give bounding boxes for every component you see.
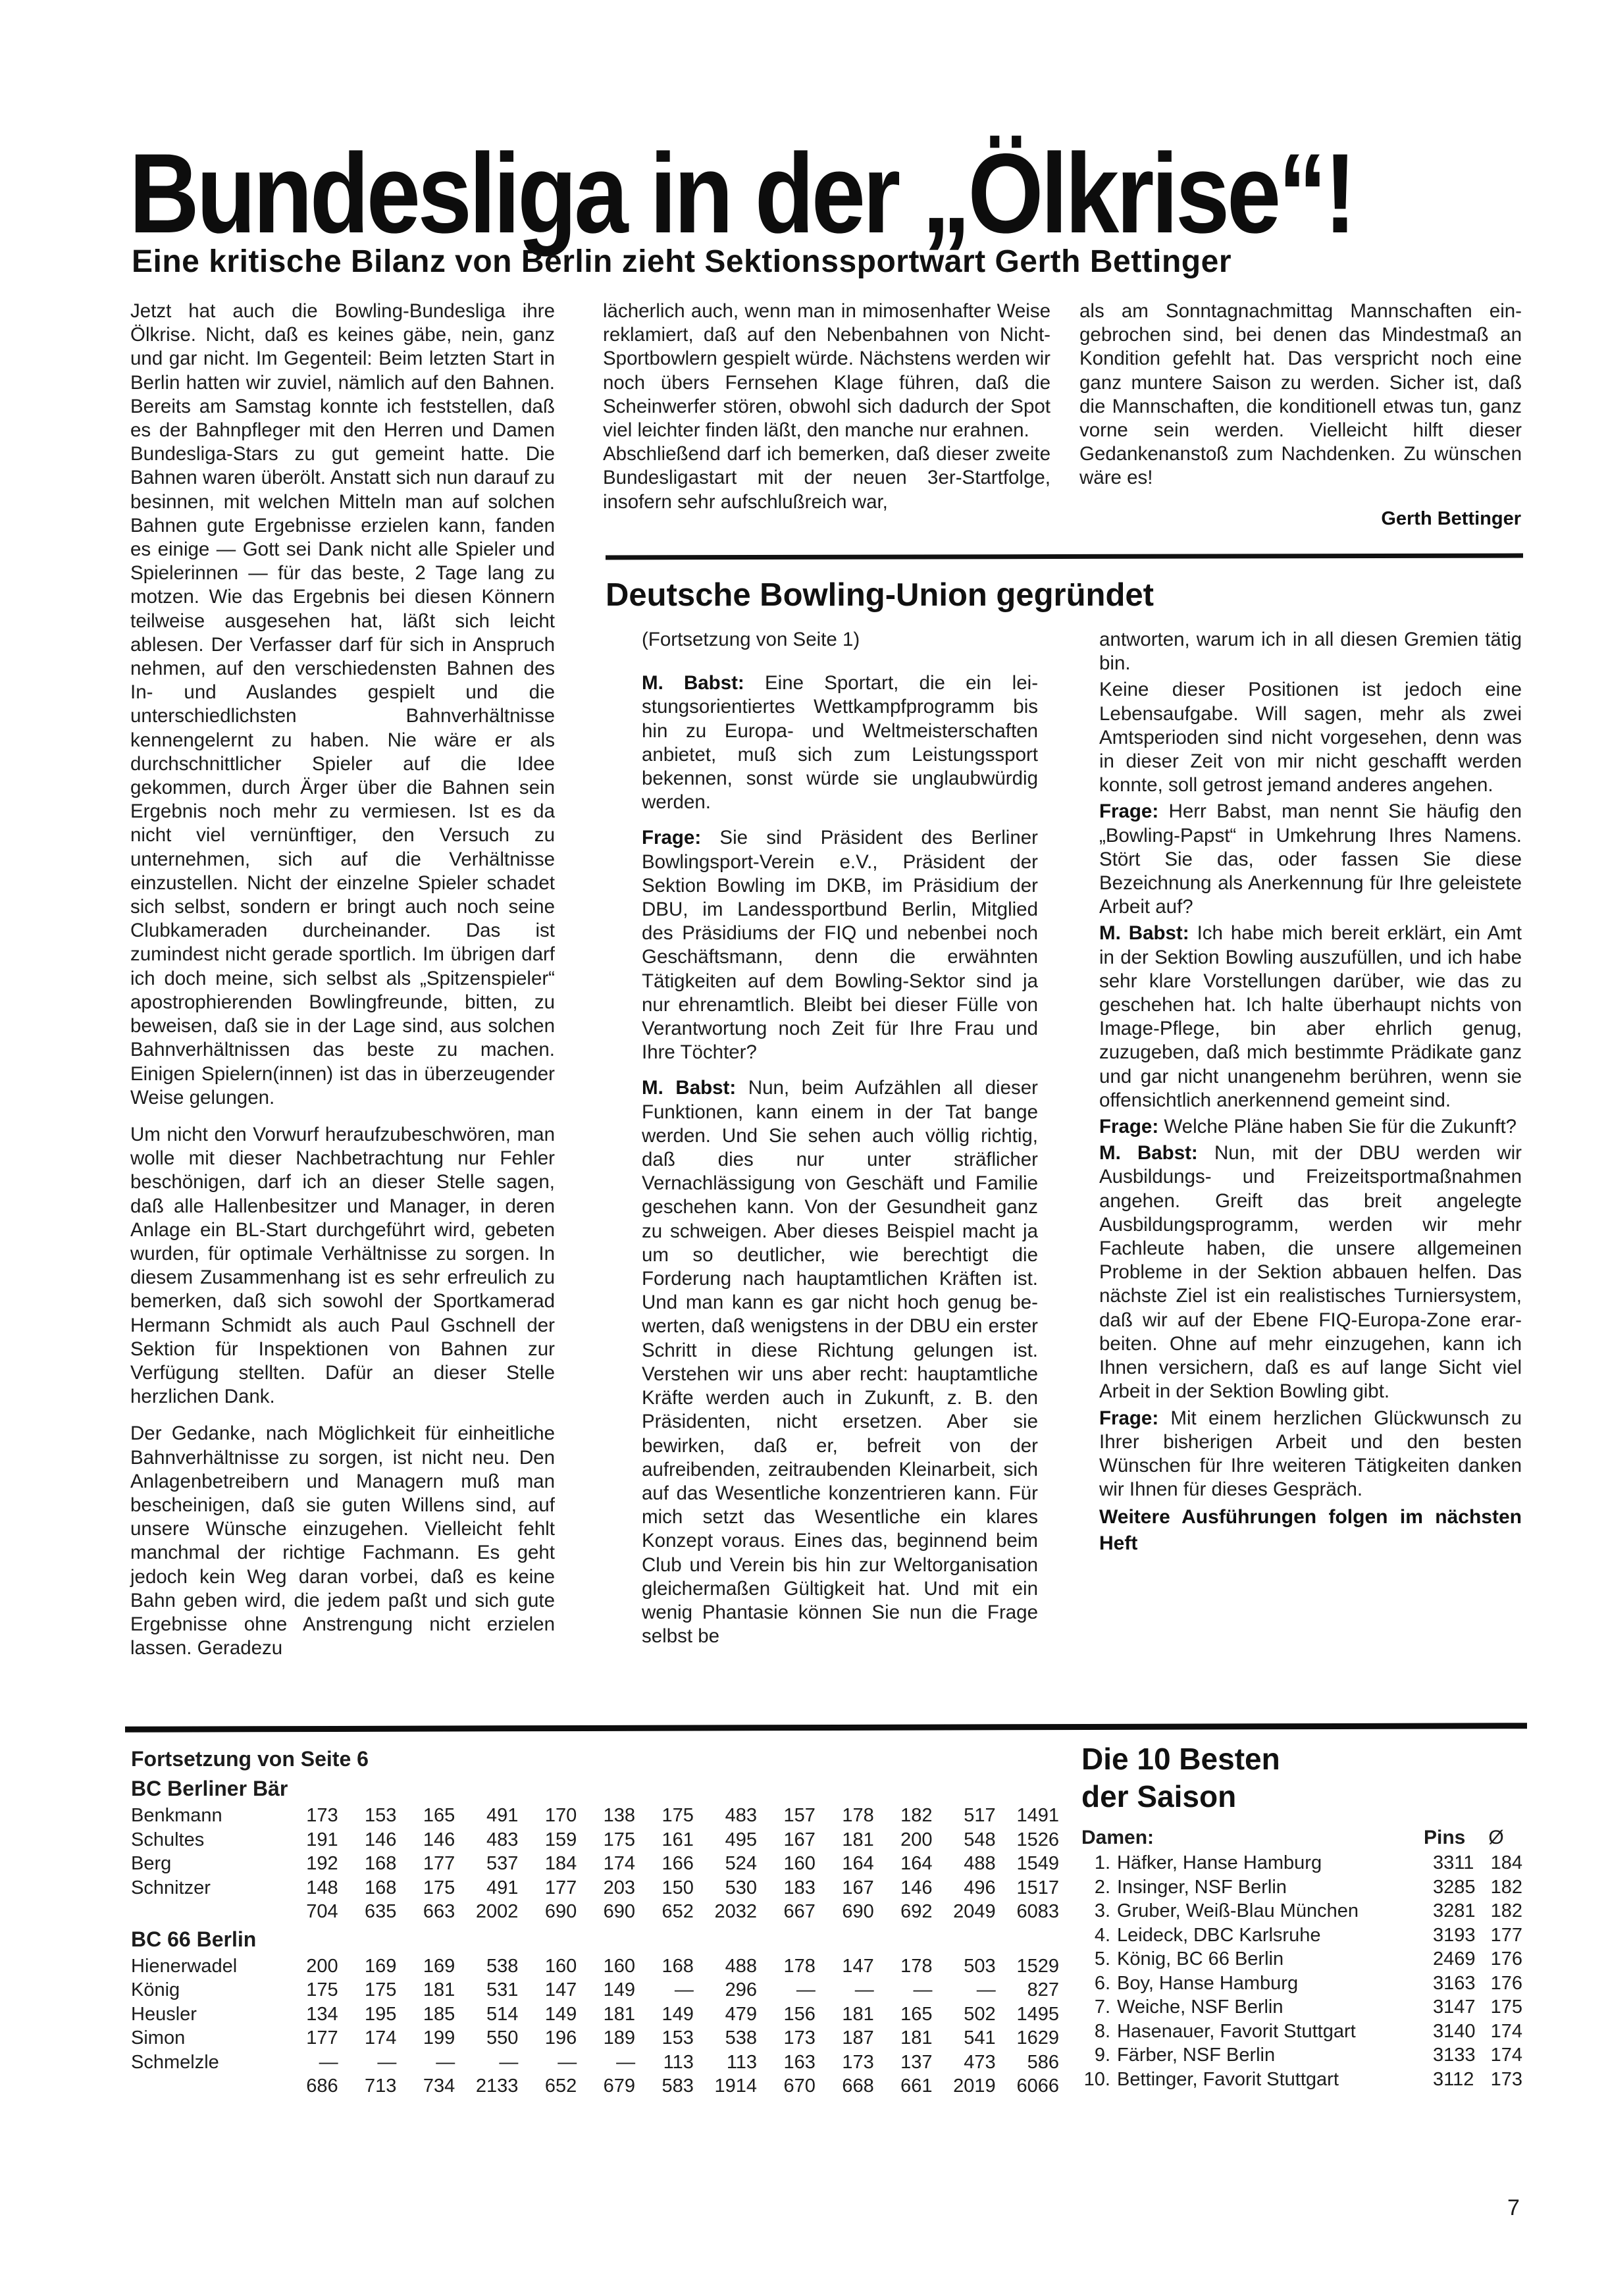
score-cell: 1629 <box>996 2026 1059 2050</box>
score-cell: 174 <box>338 2026 397 2050</box>
speaker-label: M. Babst: <box>642 1077 736 1099</box>
score-cell: 175 <box>396 1876 455 1900</box>
top-ten-entry: 4.Leideck, DBC Karlsruhe3193177 <box>1081 1923 1522 1948</box>
score-cell: — <box>816 1978 874 2002</box>
score-cell: 196 <box>518 2026 577 2050</box>
article-column-1: Jetzt hat auch die Bowling-Bundesliga ih… <box>130 300 555 1660</box>
score-cell: 488 <box>933 1852 996 1876</box>
score-cell: 713 <box>338 2074 397 2099</box>
score-cell: — <box>635 1978 694 2002</box>
score-cell: 173 <box>816 2050 874 2075</box>
team-score-table: Hienerwadel20016916953816016016848817814… <box>131 1954 1059 2099</box>
interview-column-1: (Fortsetzung von Seite 1) M. Babst: Eine… <box>642 628 1038 1660</box>
score-cell: 173 <box>757 2026 816 2050</box>
team-score-table: Benkmann17315316549117013817548315717818… <box>131 1804 1059 1924</box>
score-cell: 153 <box>635 2026 694 2050</box>
interview-question: Frage: Herr Babst, man nennt Sie häu­fig… <box>1099 800 1522 919</box>
score-cell: 668 <box>816 2074 874 2099</box>
score-cell: 161 <box>635 1828 694 1852</box>
score-cell: — <box>933 1978 996 2002</box>
score-cell: — <box>338 2050 397 2075</box>
interview-answer: M. Babst: Ich habe mich bereit erklärt, … <box>1099 922 1522 1112</box>
interview-column-2: antworten, warum ich in all diesen Gremi… <box>1099 628 1522 1559</box>
score-cell: 164 <box>816 1852 874 1876</box>
score-cell: 483 <box>455 1828 518 1852</box>
score-cell: 652 <box>518 2074 577 2099</box>
interview-answer: M. Babst: Nun, beim Aufzählen all die­se… <box>642 1076 1038 1648</box>
rank-number: 10. <box>1081 2068 1117 2092</box>
pins-value: 3112 <box>1433 2068 1486 2092</box>
score-cell: 183 <box>757 1876 816 1900</box>
player-name <box>131 2074 280 2099</box>
player-row: Berg192168177537184174166524160164164488… <box>131 1852 1059 1876</box>
score-cell: 157 <box>757 1804 816 1828</box>
score-cell: 690 <box>816 1900 874 1924</box>
score-cell: 165 <box>874 2002 933 2027</box>
score-cell: 146 <box>396 1828 455 1852</box>
top-ten-entry: 5.König, BC 66 Berlin2469176 <box>1081 1947 1522 1971</box>
score-cell: 159 <box>518 1828 577 1852</box>
score-cell: 541 <box>933 2026 996 2050</box>
score-cell: 181 <box>577 2002 635 2027</box>
score-cell: 182 <box>874 1804 933 1828</box>
score-cell: 537 <box>455 1852 518 1876</box>
player-row: Schmelzle——————113113163173137473586 <box>131 2050 1059 2075</box>
score-cell: 160 <box>757 1852 816 1876</box>
team-name: BC 66 Berlin <box>131 1924 1059 1954</box>
score-cell: 517 <box>933 1804 996 1828</box>
interview-closing-note: Weitere Ausführungen folgen im nächsten … <box>1099 1504 1522 1557</box>
score-cell: 200 <box>874 1828 933 1852</box>
score-cell: 184 <box>518 1852 577 1876</box>
top-ten-entry: 3.Gruber, Weiß-Blau München3281182 <box>1081 1899 1522 1923</box>
player-name: König <box>131 1978 280 2002</box>
score-cell: 6083 <box>996 1900 1059 1924</box>
score-cell: 181 <box>396 1978 455 2002</box>
score-cell: — <box>757 1978 816 2002</box>
player-club: König, BC 66 Berlin <box>1117 1947 1433 1971</box>
score-cell: 473 <box>933 2050 996 2075</box>
player-club: Bettinger, Favorit Stuttgart <box>1117 2068 1433 2092</box>
score-cell: 1517 <box>996 1876 1059 1900</box>
score-cell: 166 <box>635 1852 694 1876</box>
score-cell: 163 <box>757 2050 816 2075</box>
score-cell: 147 <box>518 1978 577 2002</box>
player-name: Berg <box>131 1852 280 1876</box>
player-club: Hasenauer, Favorit Stuttgart <box>1117 2020 1433 2044</box>
score-cell: 146 <box>874 1876 933 1900</box>
score-cell: 148 <box>280 1876 338 1900</box>
article-column-3: als am Sonntagnachmittag Mannschaften ei… <box>1079 300 1522 490</box>
score-cell: 661 <box>874 2074 933 2099</box>
score-cell: 164 <box>874 1852 933 1876</box>
section-divider <box>606 554 1523 560</box>
player-club: Färber, NSF Berlin <box>1117 2043 1433 2068</box>
average-value: 176 <box>1486 1947 1522 1971</box>
column-header-pins: Pins <box>1424 1825 1470 1851</box>
top-ten-entry: 7.Weiche, NSF Berlin3147175 <box>1081 1995 1522 2020</box>
score-cell: 169 <box>338 1954 397 1979</box>
rank-number: 8. <box>1081 2020 1117 2044</box>
top-ten-entry: 10.Bettinger, Favorit Stuttgart3112173 <box>1081 2068 1522 2092</box>
top-ten-entry: 6.Boy, Hanse Hamburg3163176 <box>1081 1971 1522 1996</box>
speaker-label: M. Babst: <box>642 672 744 694</box>
score-cell: 6066 <box>996 2074 1059 2099</box>
score-cell: 690 <box>577 1900 635 1924</box>
top-ten-entry: 2.Insinger, NSF Berlin3285182 <box>1081 1875 1522 1900</box>
score-table: Fortsetzung von Seite 6 BC Berliner BärB… <box>131 1744 1059 2099</box>
score-cell: 168 <box>338 1876 397 1900</box>
score-cell: 167 <box>757 1828 816 1852</box>
score-cell: — <box>577 2050 635 2075</box>
player-row: Schnitzer1481681754911772031505301831671… <box>131 1876 1059 1900</box>
score-cell: 1549 <box>996 1852 1059 1876</box>
average-value: 175 <box>1486 1995 1522 2020</box>
score-cell: 199 <box>396 2026 455 2050</box>
author-signature: Gerth Bettinger <box>1381 508 1521 530</box>
score-cell: 1495 <box>996 2002 1059 2027</box>
interview-answer: M. Babst: Eine Sportart, die ein lei­stu… <box>642 671 1038 814</box>
top-ten-entry: 9.Färber, NSF Berlin3133174 <box>1081 2043 1522 2068</box>
score-cell: 1526 <box>996 1828 1059 1852</box>
score-cell: 170 <box>518 1804 577 1828</box>
score-cell: 113 <box>694 2050 757 2075</box>
score-cell: 185 <box>396 2002 455 2027</box>
score-cell: 146 <box>338 1828 397 1852</box>
score-cell: 1914 <box>694 2074 757 2099</box>
score-cell: 165 <box>396 1804 455 1828</box>
interview-question: Frage: Mit einem herzlichen Glück­wunsch… <box>1099 1407 1522 1502</box>
player-name: Hienerwadel <box>131 1954 280 1979</box>
score-cell: 181 <box>816 1828 874 1852</box>
score-cell: 734 <box>396 2074 455 2099</box>
score-cell: 173 <box>280 1804 338 1828</box>
score-cell: — <box>455 2050 518 2075</box>
average-value: 184 <box>1486 1851 1522 1875</box>
score-cell: 203 <box>577 1876 635 1900</box>
rank-number: 1. <box>1081 1851 1117 1875</box>
interview-question: Frage: Sie sind Präsident des Berliner B… <box>642 826 1038 1064</box>
average-value: 174 <box>1486 2043 1522 2068</box>
pins-value: 3133 <box>1433 2043 1486 2068</box>
score-cell: 113 <box>635 2050 694 2075</box>
score-cell: 137 <box>874 2050 933 2075</box>
player-name <box>131 1900 280 1924</box>
score-cell: 178 <box>757 1954 816 1979</box>
top-ten-entry: 1.Häfker, Hanse Hamburg3311184 <box>1081 1851 1522 1875</box>
score-cell: 175 <box>338 1978 397 2002</box>
speaker-label: M. Babst: <box>1099 1142 1198 1164</box>
article-paragraph: lächerlich auch, wenn man in mimosenhaft… <box>603 300 1050 442</box>
score-cell: 652 <box>635 1900 694 1924</box>
pins-value: 3193 <box>1433 1923 1486 1948</box>
score-cell: 153 <box>338 1804 397 1828</box>
score-cell: 168 <box>635 1954 694 1979</box>
score-cell: 531 <box>455 1978 518 2002</box>
interview-continuation-note: (Fortsetzung von Seite 1) <box>642 628 1038 652</box>
score-cell: 524 <box>694 1852 757 1876</box>
player-club: Gruber, Weiß-Blau München <box>1117 1899 1433 1923</box>
rank-number: 9. <box>1081 2043 1117 2068</box>
player-club: Boy, Hanse Hamburg <box>1117 1971 1433 1996</box>
score-cell: 704 <box>280 1900 338 1924</box>
score-cell: 160 <box>577 1954 635 1979</box>
headline: Bundesliga in der „Ölkrise“! <box>129 137 1261 250</box>
rank-number: 2. <box>1081 1875 1117 1900</box>
player-row: Benkmann17315316549117013817548315717818… <box>131 1804 1059 1828</box>
player-club: Insinger, NSF Berlin <box>1117 1875 1433 1900</box>
pins-value: 3140 <box>1433 2020 1486 2044</box>
average-value: 182 <box>1486 1875 1522 1900</box>
score-cell: 670 <box>757 2074 816 2099</box>
score-cell: 177 <box>396 1852 455 1876</box>
score-cell: 530 <box>694 1876 757 1900</box>
score-cell: 149 <box>518 2002 577 2027</box>
pins-value: 3147 <box>1433 1995 1486 2020</box>
score-cell: 167 <box>816 1876 874 1900</box>
interview-question: Frage: Welche Pläne haben Sie für die Zu… <box>1099 1115 1522 1139</box>
score-cell: 679 <box>577 2074 635 2099</box>
score-cell: 479 <box>694 2002 757 2027</box>
score-cell: 667 <box>757 1900 816 1924</box>
speaker-label: Frage: <box>1099 1116 1158 1137</box>
score-cell: 491 <box>455 1876 518 1900</box>
article-paragraph: Abschließend darf ich bemerken, daß dies… <box>603 442 1050 514</box>
column-header-average: Ø <box>1470 1825 1522 1851</box>
player-name: Heusler <box>131 2002 280 2027</box>
rank-number: 4. <box>1081 1923 1117 1948</box>
score-cell: 548 <box>933 1828 996 1852</box>
average-value: 174 <box>1486 2020 1522 2044</box>
score-cell: 491 <box>455 1804 518 1828</box>
score-cell: — <box>396 2050 455 2075</box>
score-cell: 175 <box>635 1804 694 1828</box>
speaker-label: M. Babst: <box>1099 922 1189 944</box>
score-cell: 827 <box>996 1978 1059 2002</box>
speaker-label: Frage: <box>1099 800 1158 822</box>
score-cell: 195 <box>338 2002 397 2027</box>
player-name: Schultes <box>131 1828 280 1852</box>
article-paragraph: Der Gedanke, nach Möglichkeit für einhei… <box>130 1422 555 1660</box>
score-cell: 690 <box>518 1900 577 1924</box>
average-value: 176 <box>1486 1971 1522 1996</box>
rank-number: 6. <box>1081 1971 1117 1996</box>
score-cell: 149 <box>577 1978 635 2002</box>
top-ten-rows: 1.Häfker, Hanse Hamburg33111842.Insinger… <box>1081 1851 1522 2091</box>
score-cell: 169 <box>396 1954 455 1979</box>
score-cell: — <box>874 1978 933 2002</box>
score-cell: 514 <box>455 2002 518 2027</box>
score-cell: 2049 <box>933 1900 996 1924</box>
score-cell: 181 <box>816 2002 874 2027</box>
article-paragraph: als am Sonntagnachmittag Mannschaften ei… <box>1079 300 1522 490</box>
player-name: Benkmann <box>131 1804 280 1828</box>
score-cell: 550 <box>455 2026 518 2050</box>
score-cell: 168 <box>338 1852 397 1876</box>
interview-answer: Keine dieser Positionen ist jedoch eine … <box>1099 678 1522 797</box>
score-cell: 200 <box>280 1954 338 1979</box>
speaker-label: Frage: <box>642 827 701 848</box>
player-club: Weiche, NSF Berlin <box>1117 1995 1433 2020</box>
player-row: Heusler134195185514149181149479156181165… <box>131 2002 1059 2027</box>
article-paragraph: Um nicht den Vorwurf heraufzubeschwören,… <box>130 1123 555 1409</box>
score-cell: 483 <box>694 1804 757 1828</box>
average-value: 173 <box>1486 2068 1522 2092</box>
score-cell: 177 <box>518 1876 577 1900</box>
score-cell: 178 <box>874 1954 933 1979</box>
score-cell: 192 <box>280 1852 338 1876</box>
rank-number: 3. <box>1081 1899 1117 1923</box>
pins-value: 3281 <box>1433 1899 1486 1923</box>
score-cell: — <box>518 2050 577 2075</box>
score-cell: 2002 <box>455 1900 518 1924</box>
score-cell: 156 <box>757 2002 816 2027</box>
interview-answer: antworten, warum ich in all diesen Gremi… <box>1099 628 1522 675</box>
player-row: Schultes19114614648315917516149516718120… <box>131 1828 1059 1852</box>
page-number: 7 <box>1507 2195 1520 2221</box>
pins-value: 2469 <box>1433 1947 1486 1971</box>
score-cell: 177 <box>280 2026 338 2050</box>
score-cell: 134 <box>280 2002 338 2027</box>
score-cell: 586 <box>996 2050 1059 2075</box>
score-cell: 160 <box>518 1954 577 1979</box>
team-total-row: 7046356632002690690652203266769069220496… <box>131 1900 1059 1924</box>
score-cell: 138 <box>577 1804 635 1828</box>
score-cell: 181 <box>874 2026 933 2050</box>
score-cell: 583 <box>635 2074 694 2099</box>
top-ten-header: Damen: Pins Ø <box>1081 1825 1522 1851</box>
top-ten-title: Die 10 Bestender Saison <box>1081 1740 1522 1815</box>
top-ten-entry: 8.Hasenauer, Favorit Stuttgart3140174 <box>1081 2020 1522 2044</box>
player-club: Häfker, Hanse Hamburg <box>1117 1851 1433 1875</box>
player-name: Simon <box>131 2026 280 2050</box>
score-cell: 178 <box>816 1804 874 1828</box>
player-name: Schnitzer <box>131 1876 280 1900</box>
player-row: Simon17717419955019618915353817318718154… <box>131 2026 1059 2050</box>
score-cell: 686 <box>280 2074 338 2099</box>
score-cell: 488 <box>694 1954 757 1979</box>
teams-container: BC Berliner BärBenkmann17315316549117013… <box>131 1773 1059 2099</box>
score-cell: 187 <box>816 2026 874 2050</box>
interview-title: Deutsche Bowling-Union gegründet <box>606 577 1154 613</box>
score-cell: 496 <box>933 1876 996 1900</box>
team-total-row: 6867137342133652679583191467066866120196… <box>131 2074 1059 2099</box>
score-cell: 174 <box>577 1852 635 1876</box>
player-name: Schmelzle <box>131 2050 280 2075</box>
score-cell: 147 <box>816 1954 874 1979</box>
player-row: König175175181531147149—296————827 <box>131 1978 1059 2002</box>
score-cell: 692 <box>874 1900 933 1924</box>
rank-number: 5. <box>1081 1947 1117 1971</box>
pins-value: 3311 <box>1433 1851 1486 1875</box>
score-cell: 175 <box>280 1978 338 2002</box>
average-value: 177 <box>1486 1923 1522 1948</box>
score-cell: — <box>280 2050 338 2075</box>
team-name: BC Berliner Bär <box>131 1773 1059 1804</box>
pins-value: 3163 <box>1433 1971 1486 1996</box>
score-cell: 663 <box>396 1900 455 1924</box>
score-cell: 175 <box>577 1828 635 1852</box>
score-cell: 150 <box>635 1876 694 1900</box>
section-divider-bottom <box>125 1723 1527 1733</box>
score-cell: 538 <box>694 2026 757 2050</box>
score-table-title: Fortsetzung von Seite 6 <box>131 1744 1059 1773</box>
score-cell: 149 <box>635 2002 694 2027</box>
player-row: Hienerwadel20016916953816016016848817814… <box>131 1954 1059 1979</box>
score-cell: 502 <box>933 2002 996 2027</box>
score-cell: 296 <box>694 1978 757 2002</box>
article-column-2: lächerlich auch, wenn man in mimosenhaft… <box>603 300 1050 514</box>
average-value: 182 <box>1486 1899 1522 1923</box>
article-paragraph: Jetzt hat auch die Bowling-Bundesliga ih… <box>130 300 555 1110</box>
top-ten-list: Die 10 Bestender Saison Damen: Pins Ø 1.… <box>1081 1740 1522 2091</box>
pins-value: 3285 <box>1433 1875 1486 1900</box>
score-cell: 538 <box>455 1954 518 1979</box>
rank-number: 7. <box>1081 1995 1117 2020</box>
score-cell: 1529 <box>996 1954 1059 1979</box>
speaker-label: Frage: <box>1099 1407 1158 1429</box>
score-cell: 495 <box>694 1828 757 1852</box>
score-cell: 635 <box>338 1900 397 1924</box>
score-cell: 2019 <box>933 2074 996 2099</box>
score-cell: 2133 <box>455 2074 518 2099</box>
score-cell: 503 <box>933 1954 996 1979</box>
subheadline: Eine kritische Bilanz von Berlin zieht S… <box>132 244 1232 280</box>
player-club: Leideck, DBC Karlsruhe <box>1117 1923 1433 1948</box>
score-cell: 191 <box>280 1828 338 1852</box>
interview-answer: M. Babst: Nun, mit der DBU werden wir Au… <box>1099 1141 1522 1403</box>
score-cell: 2032 <box>694 1900 757 1924</box>
category-label: Damen: <box>1081 1825 1424 1851</box>
score-cell: 189 <box>577 2026 635 2050</box>
score-cell: 1491 <box>996 1804 1059 1828</box>
